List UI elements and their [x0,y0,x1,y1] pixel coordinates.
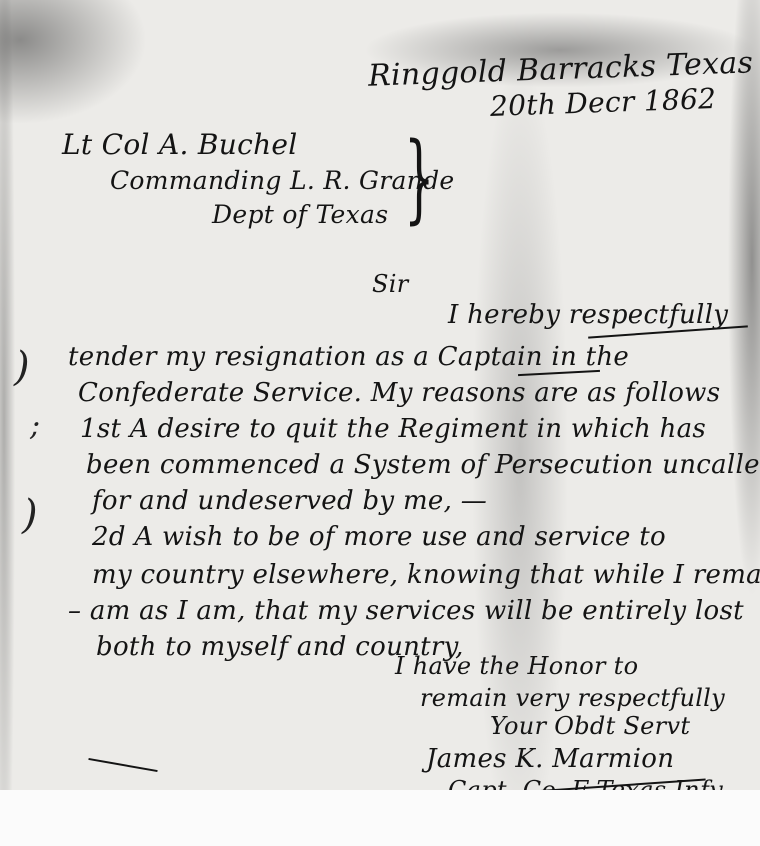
closing-line: remain very respectfully [420,684,725,712]
scan-margin [0,790,760,846]
body-line: 1st A desire to quit the Regiment in whi… [80,414,706,444]
body-line: I hereby respectfully [448,300,728,330]
addressee-department: Dept of Texas [212,200,388,229]
closing-line: I have the Honor to [395,652,638,680]
stray-pen-stroke [88,758,157,772]
body-line: for and undeserved by me, — [92,486,487,516]
margin-mark: ) [22,492,38,538]
body-line: tender my resignation as a Captain in th… [68,342,629,372]
margin-mark: ) [14,344,30,390]
closing-line: Your Obdt Servt [490,712,690,740]
body-line: been commenced a System of Persecution u… [86,450,760,480]
body-line: 2d A wish to be of more use and service … [92,522,666,552]
addressee-name: Lt Col A. Buchel [62,128,298,161]
signature: James K. Marmion [426,744,674,774]
letter-page: Ringgold Barracks Texas 20th Decr 1862 L… [0,0,760,790]
letter-date: 20th Decr 1862 [489,82,716,123]
body-line: Confederate Service. My reasons are as f… [78,378,720,408]
salutation: Sir [372,270,409,298]
body-line: my country elsewhere, knowing that while… [92,560,760,590]
margin-mark: ; [30,408,40,443]
addressee-command: Commanding L. R. Grande [110,166,455,195]
body-line: – am as I am, that my services will be e… [68,596,744,626]
addressee-brace: } [404,122,435,234]
